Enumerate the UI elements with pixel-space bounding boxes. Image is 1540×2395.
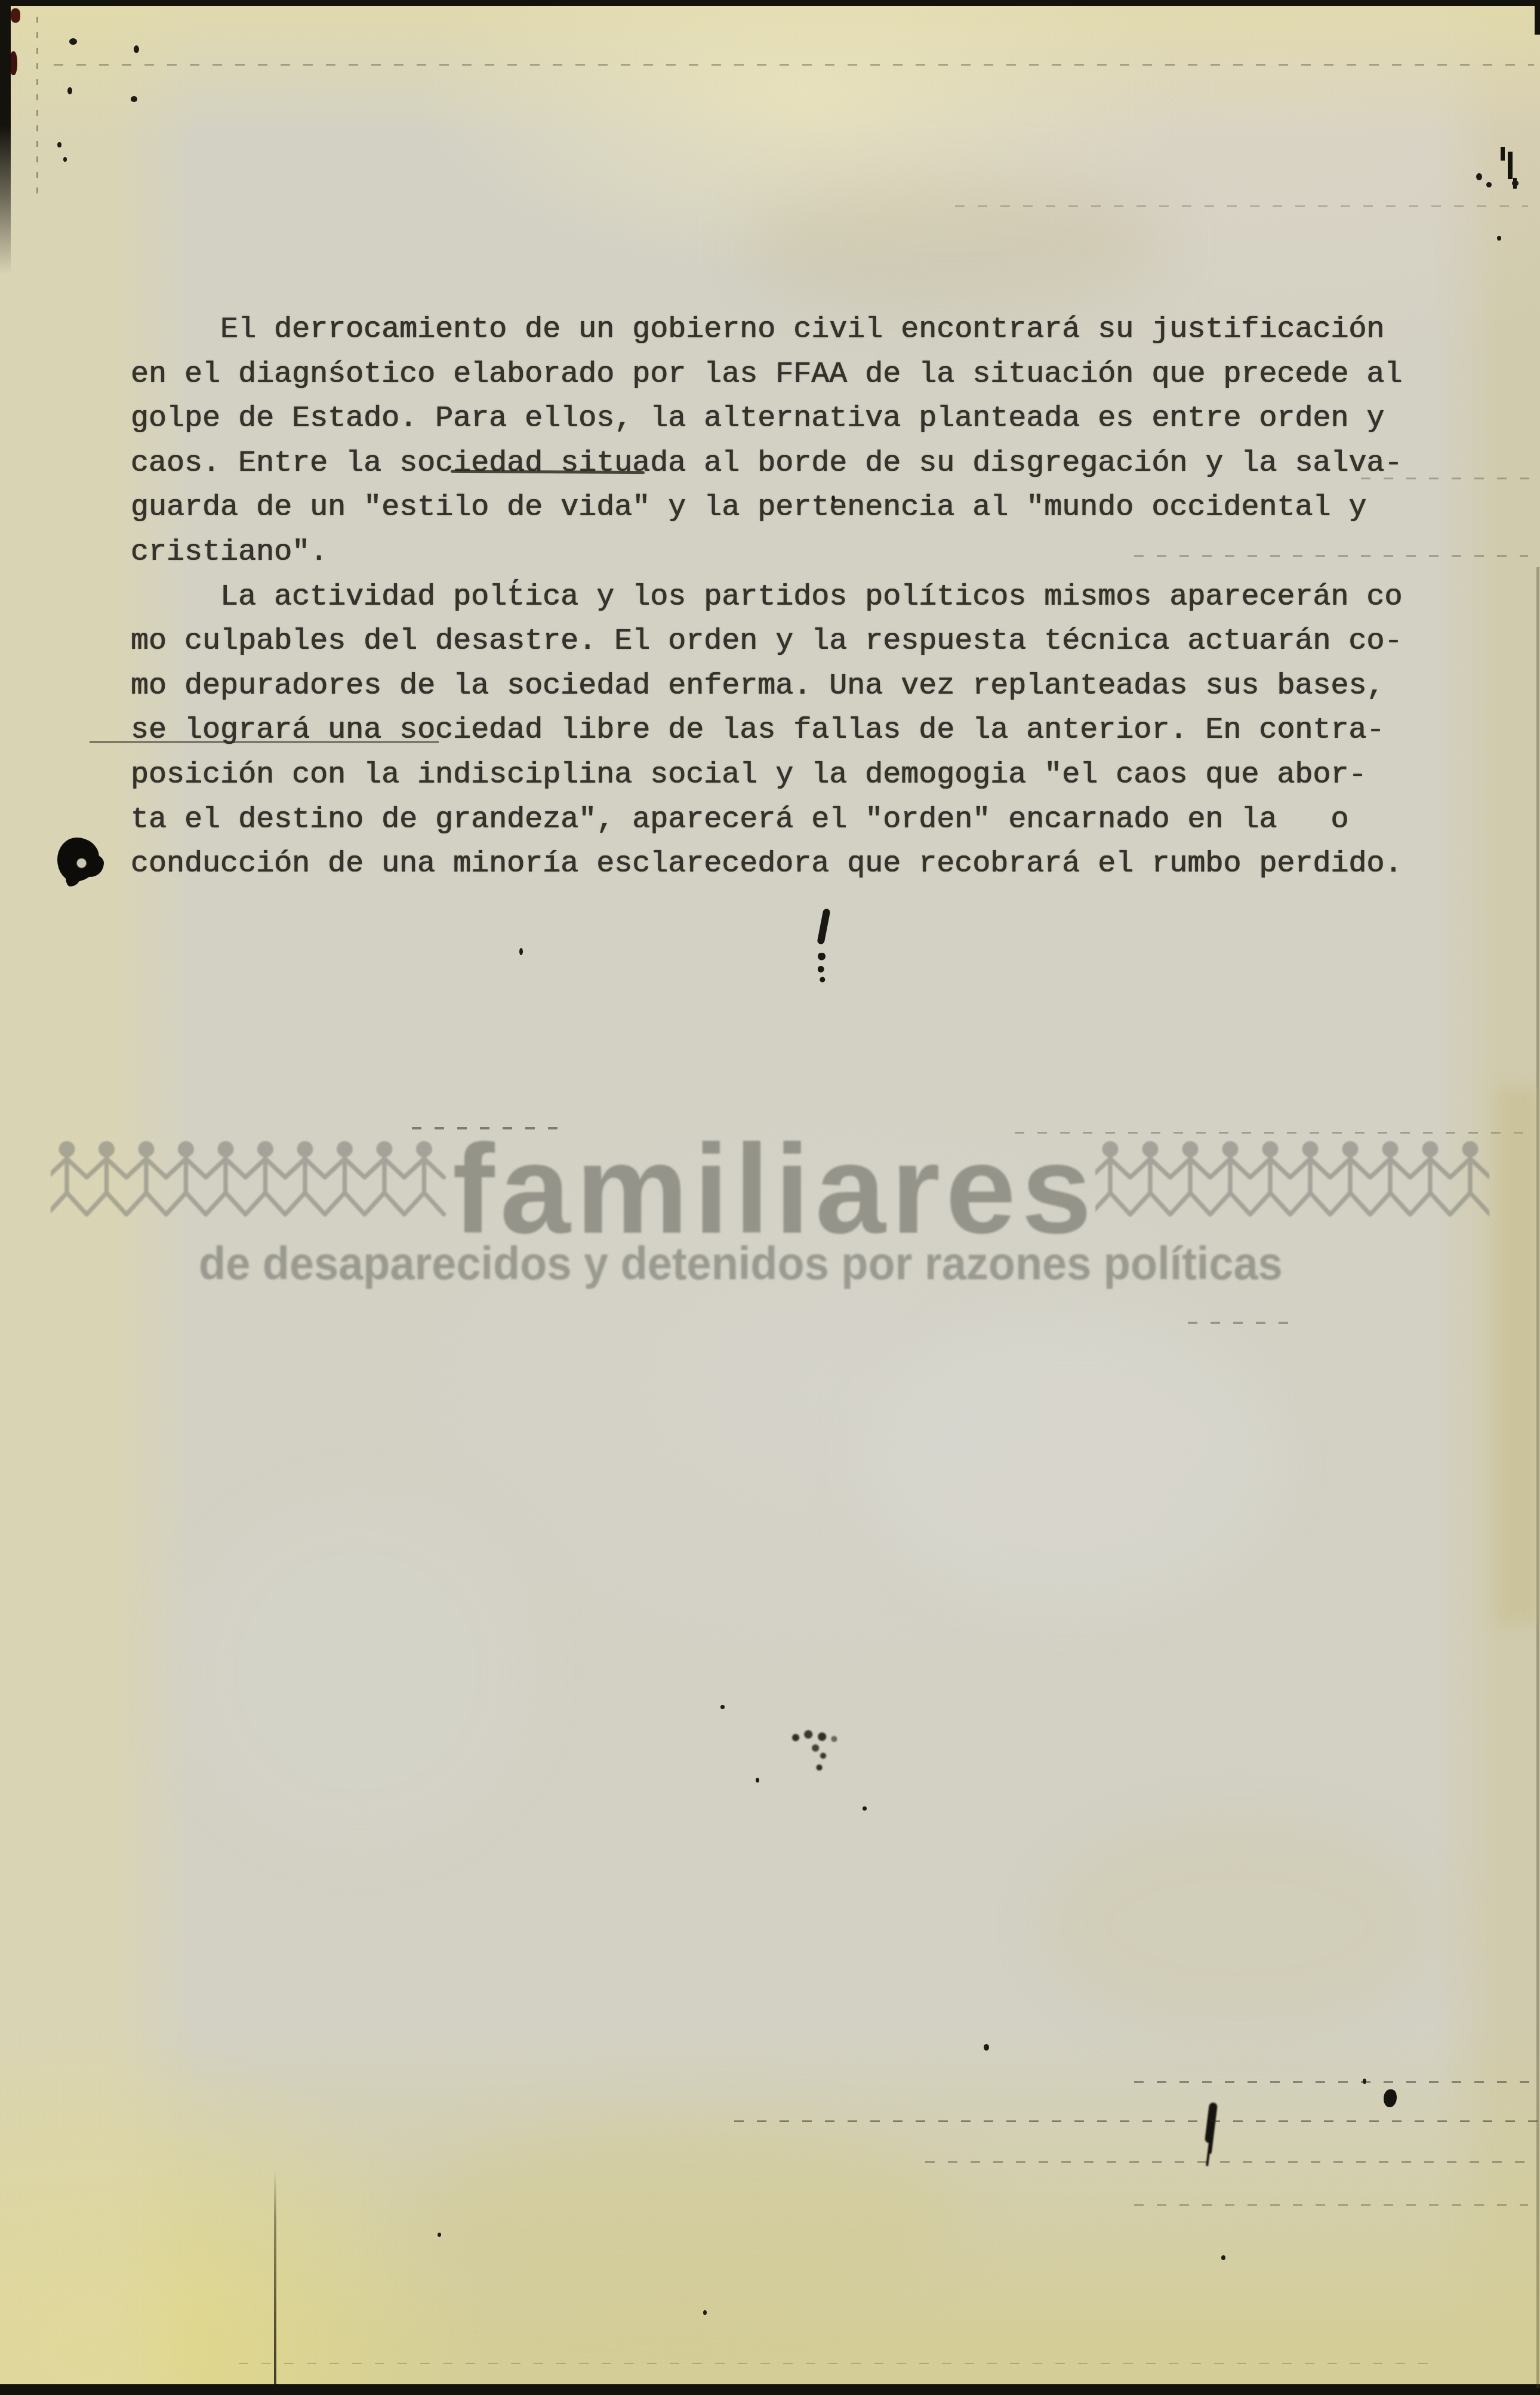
typed-line: posición con la indisciplina social y la…: [131, 753, 1402, 798]
scanline: [1015, 1132, 1528, 1134]
edge-stain: [11, 8, 20, 23]
paper-stain: [866, 1313, 1283, 1612]
ink-blob: [1384, 2089, 1397, 2107]
paper-doll-chain-right-icon: [1095, 1138, 1489, 1219]
speck: [1476, 173, 1482, 180]
scanline: [1134, 555, 1528, 557]
typed-line: La actividad polt́ica y los partidos pol…: [131, 575, 1402, 620]
speckle-smudge: [789, 1728, 844, 1773]
paper-stain: [418, 2119, 955, 2310]
scanline: [1134, 2204, 1528, 2206]
typed-line: guarda de un "estilo de vida" y la perte…: [131, 486, 1402, 531]
paper-doll-chain-left-icon: [51, 1138, 464, 1219]
scanline: [1188, 1322, 1295, 1324]
typed-text-block: El derrocamiento de un gobierno civil en…: [131, 308, 1402, 887]
speck: [131, 96, 137, 102]
paper-stain: [746, 179, 1164, 310]
edge-ink-cluster: [1497, 147, 1517, 202]
speck: [1512, 180, 1519, 186]
scan-edge-left: [0, 0, 11, 275]
typed-line: caos. Entre la sociedad situada al borde…: [131, 442, 1402, 487]
speck: [1497, 236, 1501, 241]
typed-line: se logrará una sociedad libre de las fal…: [131, 709, 1402, 753]
scanline: [412, 1127, 567, 1129]
typed-line: El derrocamiento de un gobierno civil en…: [131, 308, 1402, 353]
speck: [720, 1705, 725, 1709]
typed-line: cristiano".: [131, 531, 1402, 575]
scan-edge-top: [0, 0, 1540, 6]
typed-line: conducción de una minoría esclarecedora …: [131, 842, 1402, 887]
scan-edge-bottom: [0, 2384, 1540, 2395]
watermark-brand-text: familiares: [452, 1126, 1097, 1252]
speck: [1221, 2255, 1225, 2260]
scanline: [1134, 2081, 1540, 2083]
speck: [63, 157, 67, 162]
speck: [67, 87, 72, 94]
speck: [57, 142, 61, 147]
speck: [984, 2044, 989, 2051]
speck: [831, 495, 835, 501]
right-margin-shade: [1497, 1086, 1540, 1624]
paper-crease: [274, 2171, 276, 2384]
smudge-underline: [90, 741, 439, 743]
scanline: [1361, 478, 1534, 479]
typed-line: golpe de Estado. Para ellos, la alternat…: [131, 397, 1402, 442]
ink-blot: [57, 838, 99, 882]
speck: [703, 2310, 707, 2315]
scanline: [925, 2161, 1534, 2163]
speck: [1486, 182, 1492, 187]
paper-stain: [1045, 1821, 1433, 2030]
scan-edge-right: [1535, 0, 1540, 35]
scanline: [54, 64, 1534, 66]
speck: [438, 2233, 441, 2237]
typed-line: mo depuradores de la sociedad enferma. U…: [131, 664, 1402, 709]
typed-line: mo culpables del desastre. El orden y la…: [131, 620, 1402, 664]
speck: [519, 948, 523, 955]
speck: [69, 38, 77, 45]
watermark-subtitle-text: de desaparecidos y detenidos por razones…: [199, 1241, 1283, 1287]
scanned-document-page: El derrocamiento de un gobierno civil en…: [0, 0, 1540, 2395]
speck: [863, 1806, 867, 1811]
speck: [1363, 2079, 1366, 2084]
ink-stroke: [817, 908, 830, 944]
scanline: [734, 2120, 1540, 2122]
fold-dotted-line: [36, 17, 38, 196]
speck: [756, 1778, 759, 1783]
scanline: [955, 205, 1528, 207]
paper-stain: [179, 1492, 537, 1851]
scanline: [239, 2363, 1433, 2364]
ink-squiggle: [1205, 2102, 1218, 2143]
typed-line: en el diagnśotico elaborado por las FFAA…: [131, 353, 1402, 398]
ink-dots: [818, 953, 826, 983]
speck: [134, 45, 139, 53]
typed-line: ta el destino de grandeza", aparecerá el…: [131, 798, 1402, 843]
